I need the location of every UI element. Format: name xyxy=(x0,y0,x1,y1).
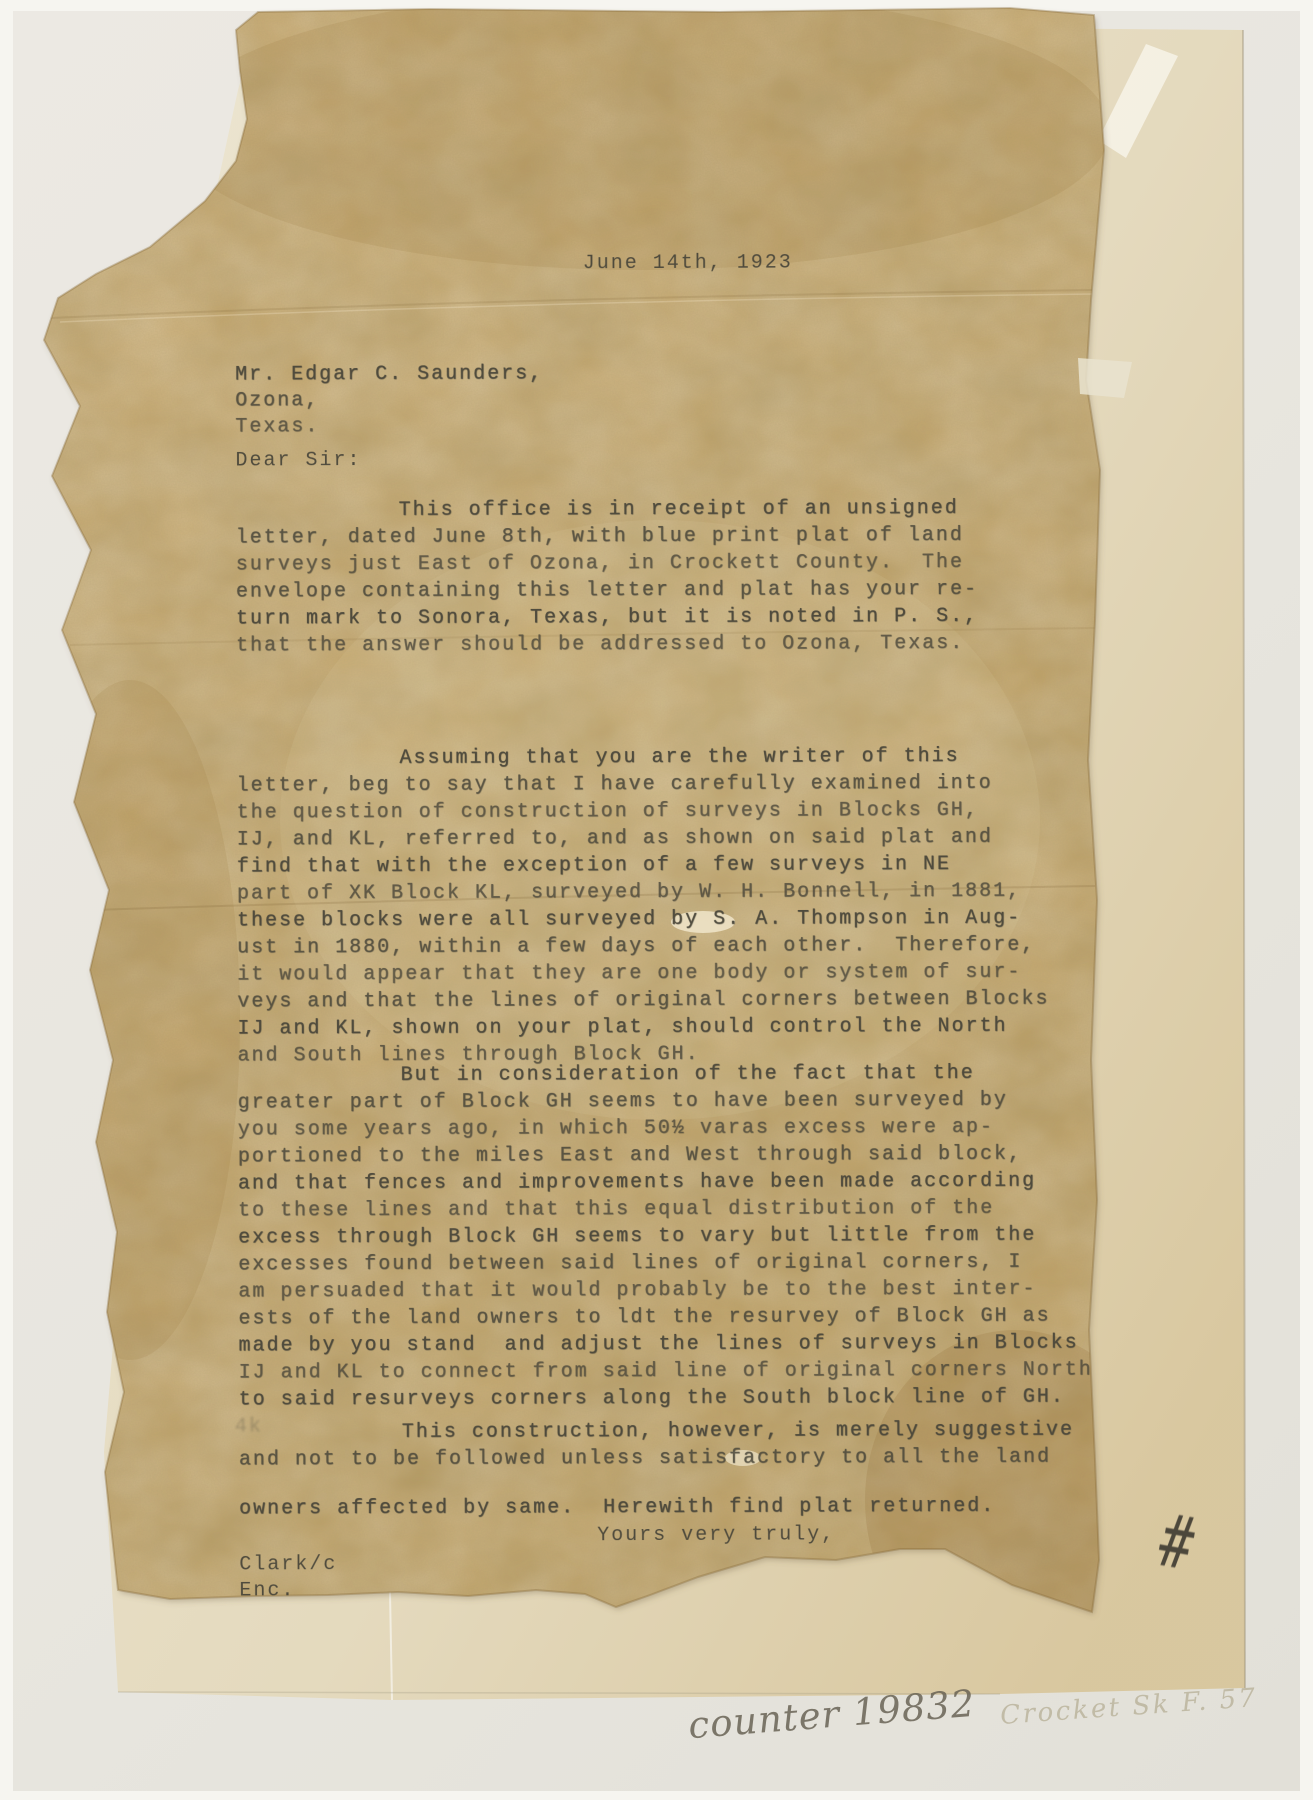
enclosure-note: Enc. xyxy=(239,1579,295,1602)
letter-date: June 14th, 1923 xyxy=(583,252,793,276)
recipient-name: Mr. Edgar C. Saunders, xyxy=(235,362,543,389)
body-line: it would appear that they are one body o… xyxy=(237,961,1049,991)
body-line: This construction, however, is merely su… xyxy=(239,1419,1074,1449)
body-line: IJ and KL to connect from said line of o… xyxy=(239,1358,1093,1388)
body-line: that the answer should be addressed to O… xyxy=(236,632,978,662)
recipient-state: Texas. xyxy=(235,414,543,441)
clerk-initials: Clark/c xyxy=(239,1553,337,1576)
body-line: find that with the exception of a few su… xyxy=(237,853,1049,883)
body-line: and that fences and improvements have be… xyxy=(238,1169,1092,1199)
body-line: made by you stand and adjust the lines o… xyxy=(239,1331,1093,1361)
body-line: veys and that the lines of original corn… xyxy=(237,988,1049,1018)
body-line: This office is in receipt of an unsigned xyxy=(236,497,978,527)
letter-text-layer: June 14th, 1923 Mr. Edgar C. Saunders, O… xyxy=(0,0,1313,1800)
body-paragraph-1: This office is in receipt of an unsigned… xyxy=(236,497,979,662)
body-line: owners affected by same. Herewith find p… xyxy=(239,1495,995,1525)
body-line: ust in 1880, within a few days of each o… xyxy=(237,934,1049,964)
body-line: excesses found between said lines of ori… xyxy=(238,1250,1092,1280)
recipient-city: Ozona, xyxy=(235,388,543,415)
body-paragraph-2: Assuming that you are the writer of this… xyxy=(236,745,1049,1072)
body-line: Assuming that you are the writer of this xyxy=(236,745,1048,775)
body-line: you some years ago, in which 50½ varas e… xyxy=(238,1115,1092,1145)
body-line: to these lines and that this equal distr… xyxy=(238,1196,1092,1226)
body-line: portioned to the miles East and West thr… xyxy=(238,1142,1092,1172)
body-line: IJ, and KL, referred to, and as shown on… xyxy=(237,826,1049,856)
body-line: turn mark to Sonora, Texas, but it is no… xyxy=(236,605,978,635)
body-line: But in consideration of the fact that th… xyxy=(238,1061,1092,1091)
body-paragraph-3: But in consideration of the fact that th… xyxy=(238,1061,1093,1415)
body-line: letter, beg to say that I have carefully… xyxy=(237,772,1049,802)
body-line: the question of construction of surveys … xyxy=(237,799,1049,829)
body-line: surveys just East of Ozona, in Crockett … xyxy=(236,551,978,581)
body-line: these blocks were all surveyed by S. A. … xyxy=(237,907,1049,937)
body-line: to said resurveys corners along the Sout… xyxy=(239,1385,1093,1415)
body-line: ests of the land owners to ldt the resur… xyxy=(238,1304,1092,1334)
body-line: IJ and KL, shown on your plat, should co… xyxy=(237,1015,1049,1045)
body-paragraph-4: This construction, however, is merely su… xyxy=(239,1419,1074,1476)
recipient-address: Mr. Edgar C. Saunders, Ozona, Texas. xyxy=(235,362,543,441)
scanned-letter-document: June 14th, 1923 Mr. Edgar C. Saunders, O… xyxy=(0,0,1313,1800)
closing-valediction: Yours very truly, xyxy=(597,1523,835,1547)
body-line: and not to be followed unless satisfacto… xyxy=(239,1446,1074,1476)
body-line: letter, dated June 8th, with blue print … xyxy=(236,524,978,554)
body-line: part of XK Block KL, surveyed by W. H. B… xyxy=(237,880,1049,910)
body-line: envelope containing this letter and plat… xyxy=(236,578,978,608)
body-paragraph-5: owners affected by same. Herewith find p… xyxy=(239,1495,995,1525)
body-line: am persuaded that it would probably be t… xyxy=(238,1277,1092,1307)
salutation: Dear Sir: xyxy=(235,449,361,472)
body-line: greater part of Block GH seems to have b… xyxy=(238,1088,1092,1118)
body-line: excess through Block GH seems to vary bu… xyxy=(238,1223,1092,1253)
